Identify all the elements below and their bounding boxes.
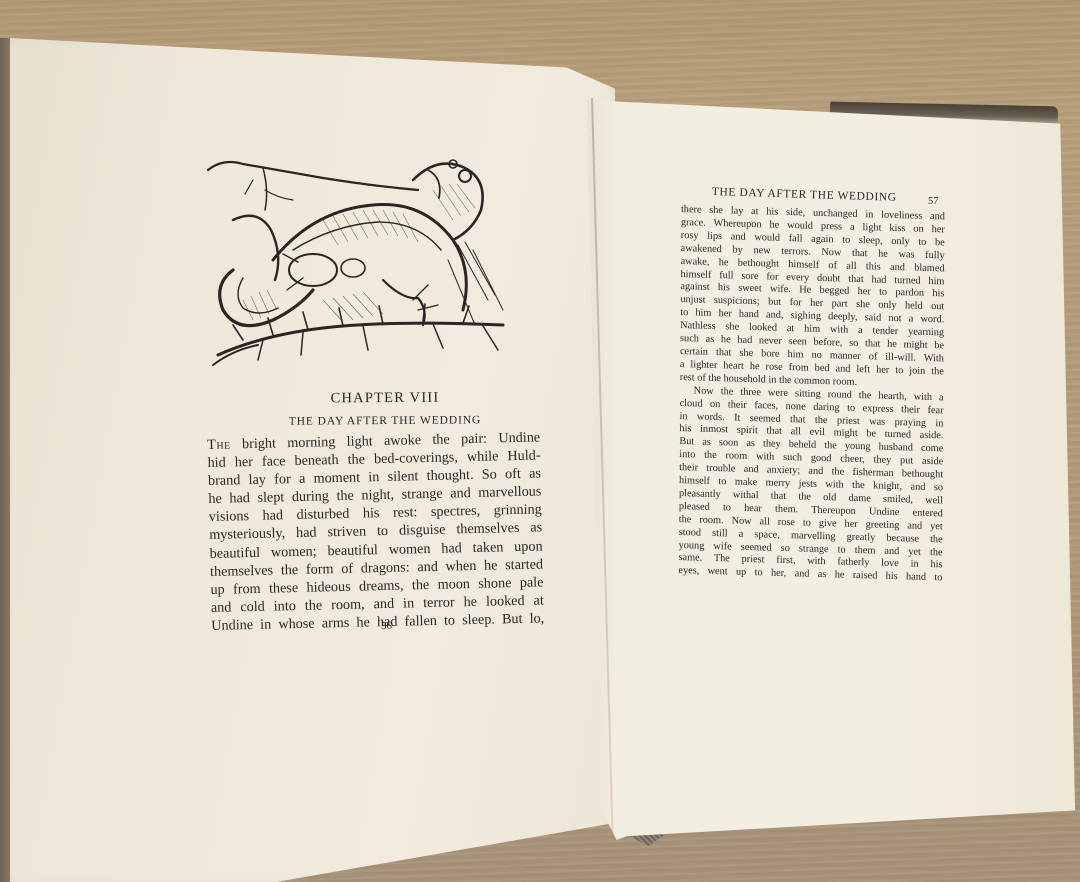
chapter-title: THE DAY AFTER THE WEDDING xyxy=(200,414,570,429)
page-number-right: 57 xyxy=(928,196,939,207)
chapter-number: CHAPTER VIII xyxy=(200,389,570,409)
left-page-body-text: The bright morning light awoke the pair:… xyxy=(207,428,544,635)
dragon-etching-icon xyxy=(203,150,513,375)
right-page-body-text: there she lay at his side, unchanged in … xyxy=(678,204,945,586)
page-number-left: 56 xyxy=(381,620,392,632)
drop-lead-word: The xyxy=(207,436,231,453)
